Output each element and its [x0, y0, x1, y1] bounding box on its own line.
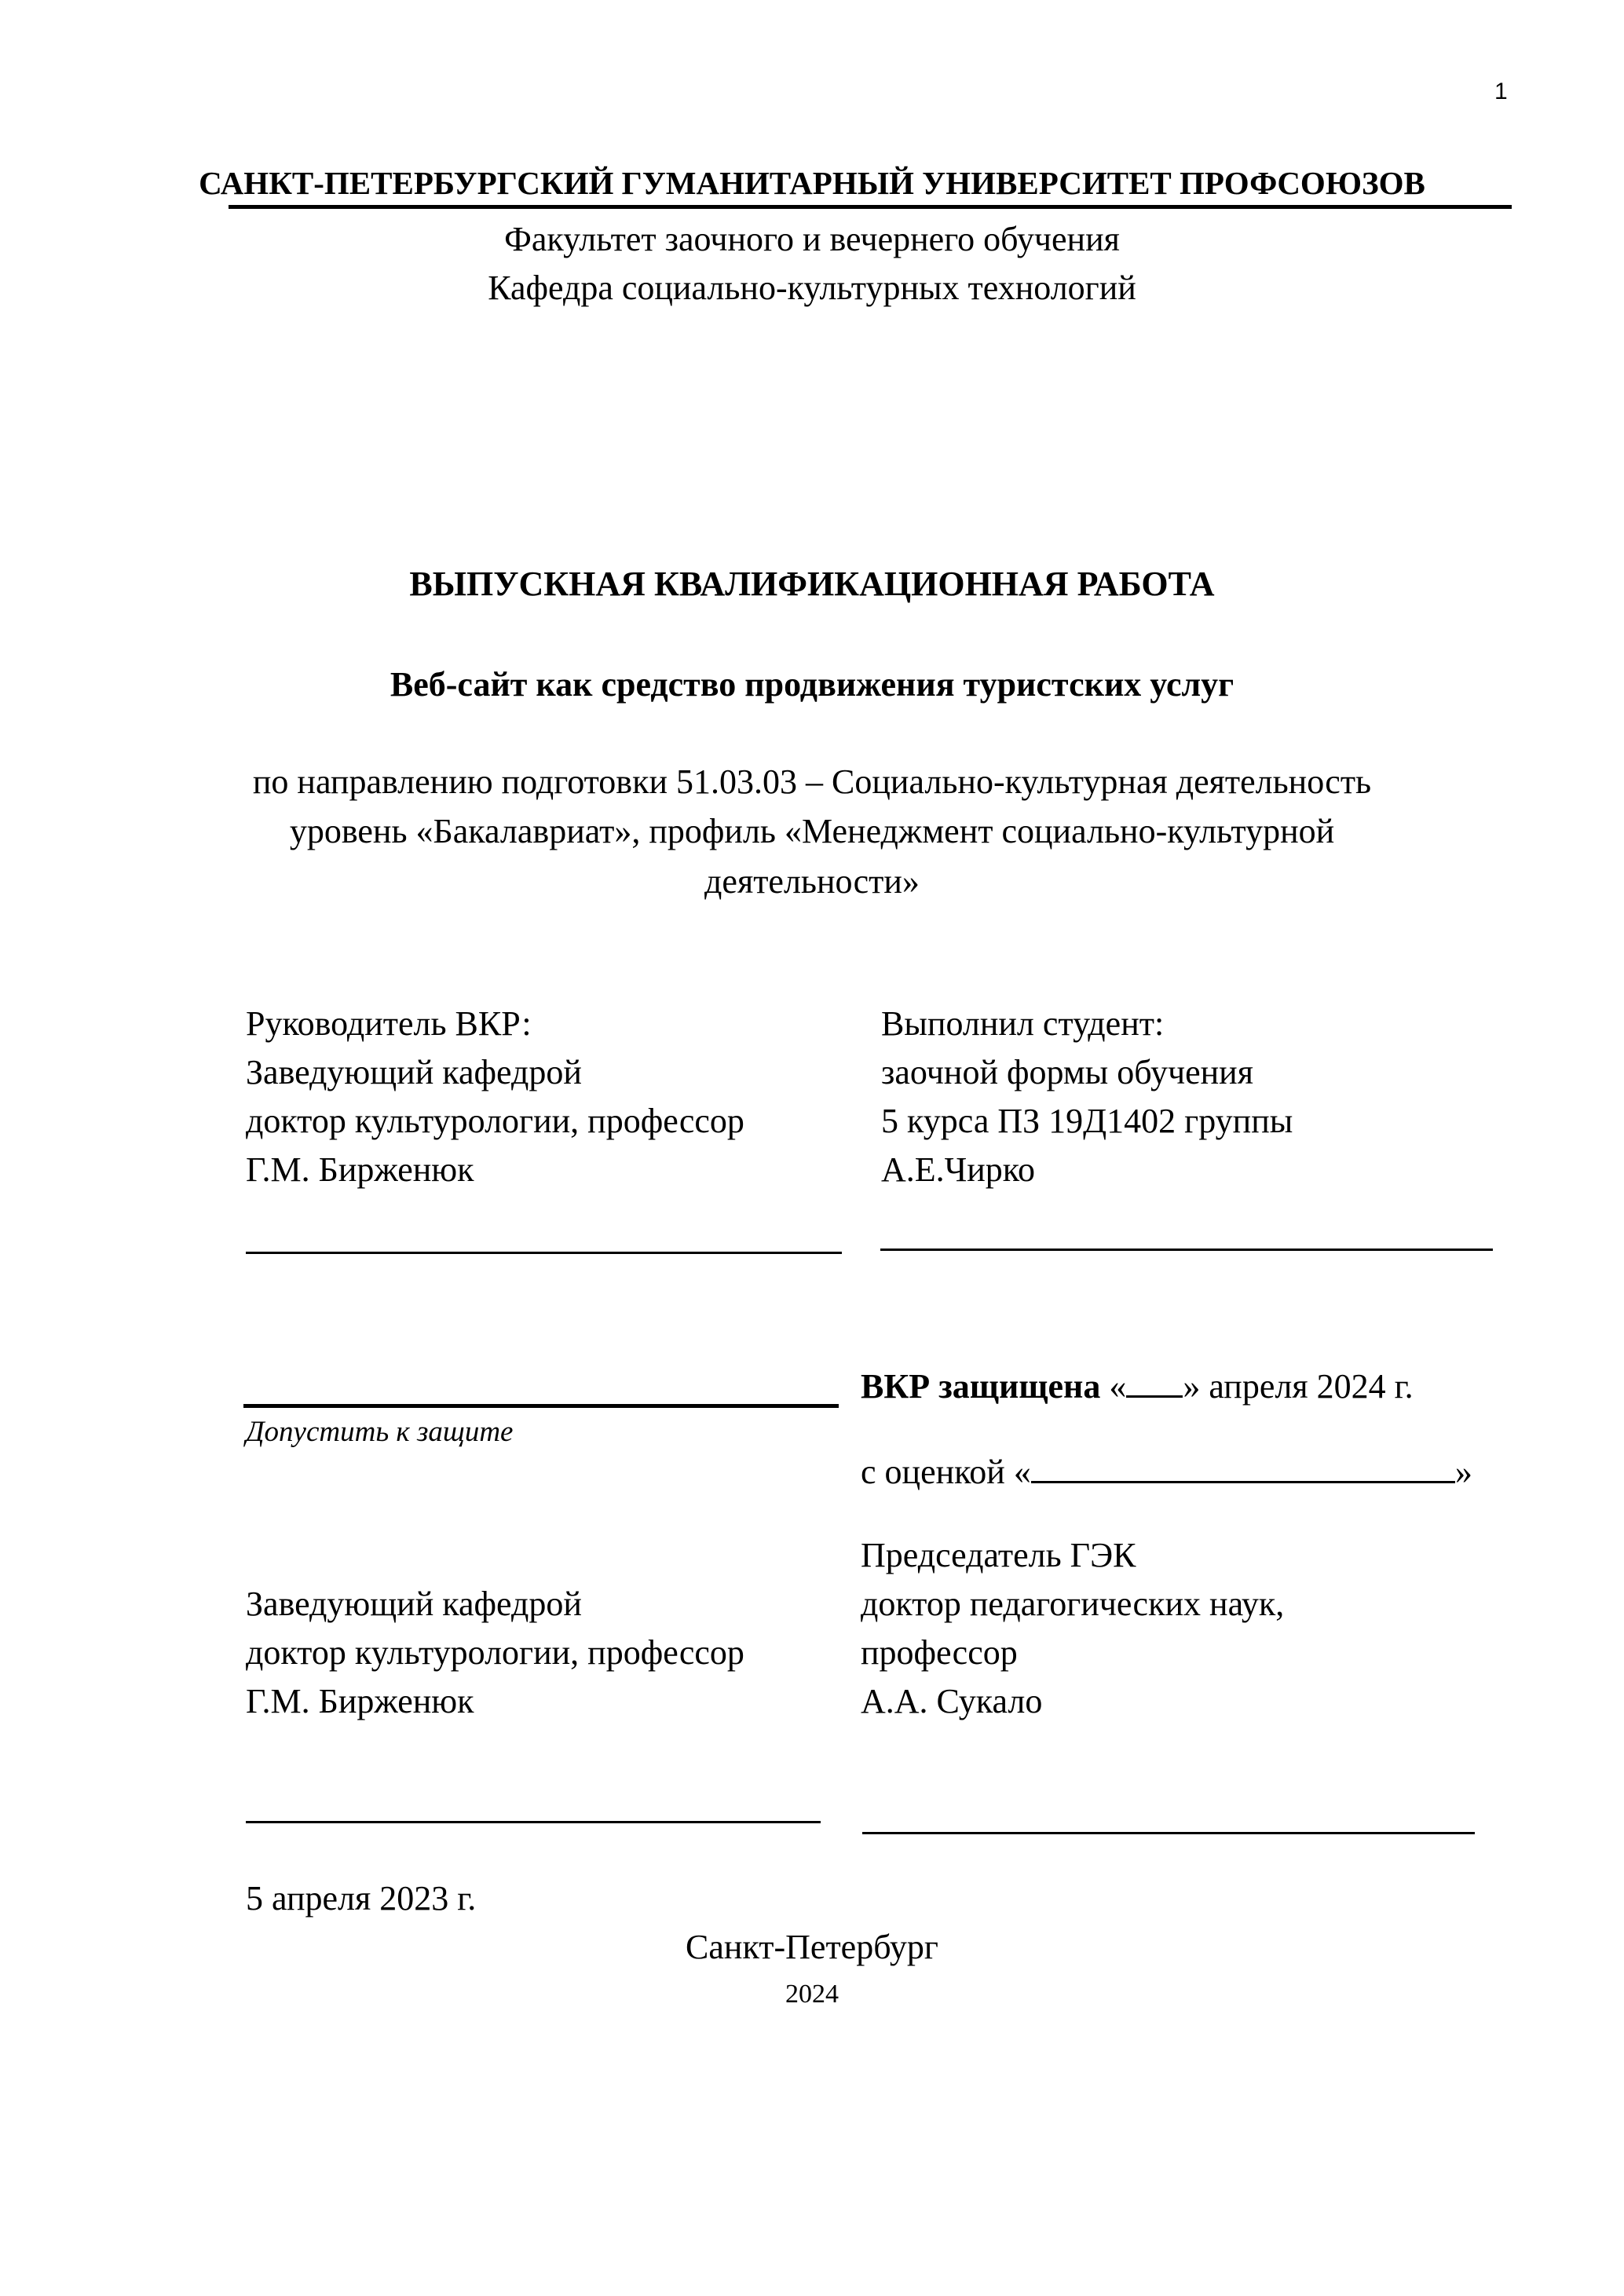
direction-line-3: деятельности»: [0, 865, 1624, 899]
supervisor-name: Г.М. Бирженюк: [246, 1146, 744, 1194]
year: 2024: [0, 1981, 1624, 2008]
head-of-department-block: Заведующий кафедрой доктор культурологии…: [246, 1580, 744, 1726]
grade-suffix: »: [1455, 1453, 1472, 1491]
defense-day-blank[interactable]: [1126, 1367, 1183, 1398]
defense-date-close: » апреля 2024 г.: [1183, 1367, 1413, 1406]
gek-degree-word-2: педагогических: [970, 1585, 1201, 1623]
student-group: 5 курса ПЗ 19Д1402 группы: [881, 1097, 1293, 1146]
defense-date-open: «: [1109, 1367, 1126, 1406]
student-form: заочной формы обучения: [881, 1048, 1293, 1097]
city: Санкт-Петербург: [0, 1930, 1624, 1965]
supervisor-label: Руководитель ВКР:: [246, 1000, 744, 1048]
student-block: Выполнил студент: заочной формы обучения…: [881, 1000, 1293, 1194]
gek-signature-line: [862, 1832, 1475, 1834]
head-signature-line: [246, 1821, 821, 1823]
title-page: 1 САНКТ-ПЕТЕРБУРГСКИЙ ГУМАНИТАРНЫЙ УНИВЕ…: [0, 0, 1624, 2296]
grade-prefix: с оценкой «: [861, 1453, 1031, 1491]
admission-signature-line: [243, 1404, 839, 1408]
page-number: 1: [1494, 80, 1508, 104]
gek-label: Председатель ГЭК: [861, 1531, 1552, 1580]
student-signature-line: [880, 1249, 1493, 1251]
defense-grade-line: с оценкой «»: [861, 1453, 1472, 1490]
head-degree: доктор культурологии, профессор: [246, 1629, 744, 1677]
admission-date: 5 апреля 2023 г.: [246, 1881, 476, 1916]
gek-degree-word-3: наук,: [1209, 1585, 1284, 1623]
grade-blank[interactable]: [1031, 1453, 1455, 1483]
gek-degree: доктор педагогических наук,: [861, 1580, 1552, 1629]
work-topic: Веб-сайт как средство продвижения турист…: [0, 667, 1624, 702]
gek-title: профессор: [861, 1629, 1552, 1677]
direction-line-2: уровень «Бакалавриат», профиль «Менеджме…: [0, 814, 1624, 849]
student-name: А.Е.Чирко: [881, 1146, 1293, 1194]
admission-label: Допустить к защите: [246, 1417, 513, 1446]
head-name: Г.М. Бирженюк: [246, 1677, 744, 1726]
supervisor-degree: доктор культурологии, профессор: [246, 1097, 744, 1146]
department-name: Кафедра социально-культурных технологий: [0, 271, 1624, 305]
gek-name: А.А. Сукало: [861, 1677, 1552, 1726]
supervisor-position: Заведующий кафедрой: [246, 1048, 744, 1097]
supervisor-block: Руководитель ВКР: Заведующий кафедрой до…: [246, 1000, 744, 1194]
work-type-title: ВЫПУСКНАЯ КВАЛИФИКАЦИОННАЯ РАБОТА: [0, 567, 1624, 601]
faculty-name: Факультет заочного и вечернего обучения: [0, 222, 1624, 257]
gek-degree-word-1: доктор: [861, 1585, 961, 1623]
defense-protected-label: ВКР защищена: [861, 1367, 1100, 1406]
head-position: Заведующий кафедрой: [246, 1580, 744, 1629]
header-rule: [229, 205, 1512, 209]
gek-chair-block: Председатель ГЭК доктор педагогических н…: [861, 1531, 1552, 1726]
student-label: Выполнил студент:: [881, 1000, 1293, 1048]
supervisor-signature-line: [246, 1252, 842, 1254]
defense-date-line: ВКР защищена «» апреля 2024 г.: [861, 1367, 1414, 1404]
university-name: САНКТ-ПЕТЕРБУРГСКИЙ ГУМАНИТАРНЫЙ УНИВЕРС…: [0, 167, 1624, 199]
direction-line-1: по направлению подготовки 51.03.03 – Соц…: [0, 765, 1624, 799]
